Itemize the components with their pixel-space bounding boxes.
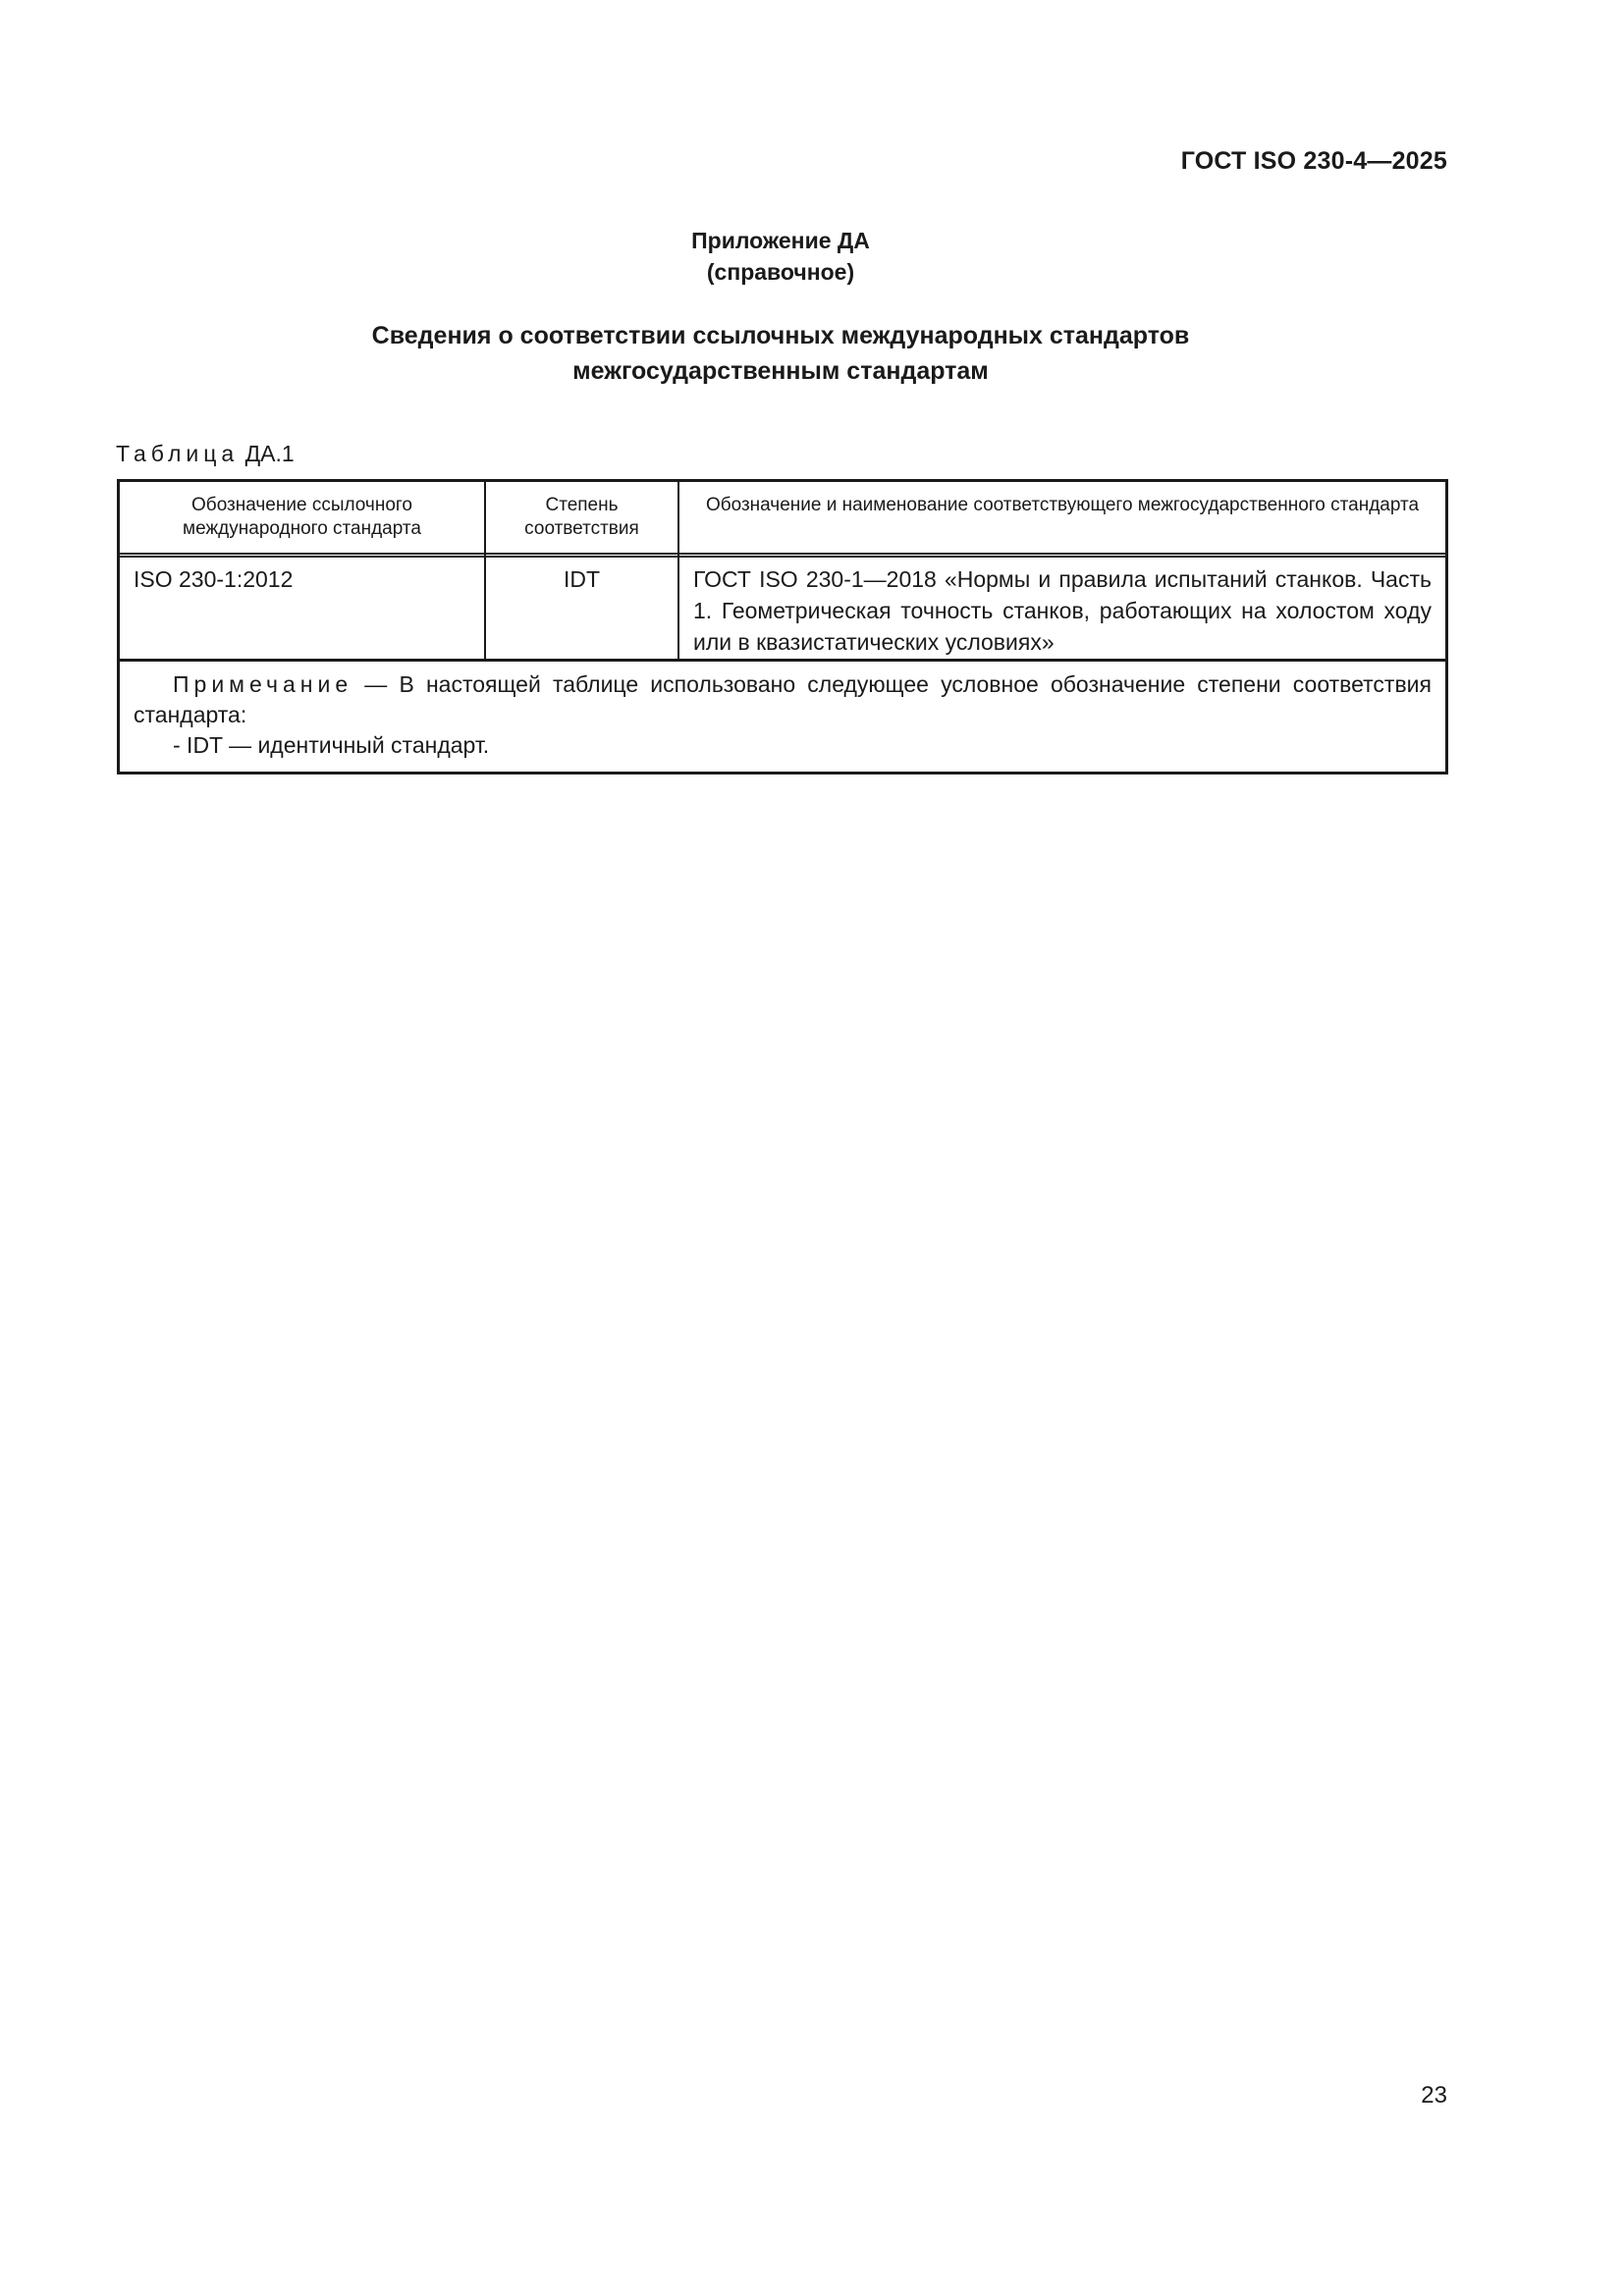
rule-cell [120,555,486,556]
table-caption: Таблица ДА.1 [116,441,295,467]
section-heading-line-2: межгосударственным стандартам [0,353,1561,389]
table-caption-number: ДА.1 [245,441,295,466]
note-item: - IDT — идентичный стандарт. [134,730,1432,761]
rule-cell [486,555,679,556]
table-caption-label: Таблица [116,441,239,466]
table-note: Примечание — В настоящей таблице использ… [120,662,1445,772]
column-header-international-standard: Обозначение ссылочного международного ст… [120,482,486,553]
cell-interstate-standard: ГОСТ ISO 230-1—2018 «Нормы и правила исп… [679,558,1445,659]
section-heading: Сведения о соответствии ссылочных междун… [0,318,1561,389]
annex-title: Приложение ДА [0,226,1561,256]
column-header-degree: Степень соответствия [486,482,679,553]
document-code: ГОСТ ISO 230-4—2025 [1181,147,1447,176]
note-label: Примечание [173,671,352,697]
annex-status: (справочное) [0,257,1561,288]
cell-international-standard: ISO 230-1:2012 [120,558,486,659]
page-number: 23 [1421,2082,1447,2109]
cell-degree: IDT [486,558,679,659]
column-header-interstate-standard: Обозначение и наименование соответствующ… [679,482,1445,553]
section-heading-line-1: Сведения о соответствии ссылочных междун… [0,318,1561,353]
note-item-text: - IDT — идентичный стандарт. [173,732,489,758]
table-header-row: Обозначение ссылочного международного ст… [120,482,1445,555]
correspondence-table: Обозначение ссылочного международного ст… [117,479,1448,774]
rule-cell [679,555,1445,556]
table-row: ISO 230-1:2012 IDT ГОСТ ISO 230-1—2018 «… [120,558,1445,662]
